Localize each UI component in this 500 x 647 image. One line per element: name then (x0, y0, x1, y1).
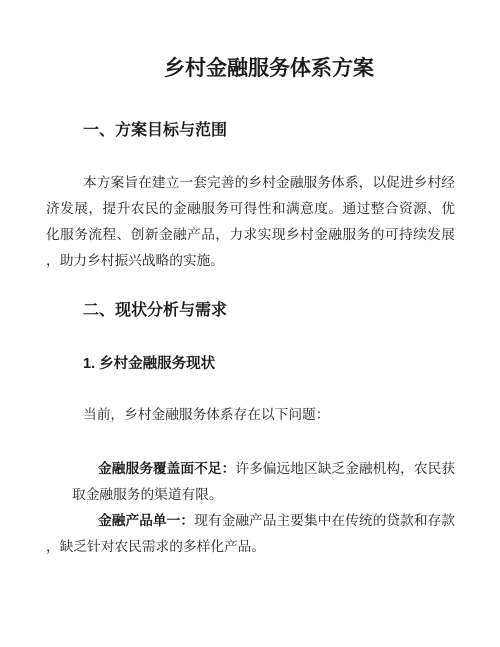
issue-label-product-variety: 金融产品单一： (98, 513, 194, 528)
section-heading-analysis: 二、现状分析与需求 (83, 302, 455, 320)
issues-intro-paragraph: 当前，乡村金融服务体系存在以下问题： (46, 402, 455, 428)
document-page: 乡村金融服务体系方案 一、方案目标与范围 本方案旨在建立一套完善的乡村金融服务体… (0, 0, 500, 647)
document-title: 乡村金融服务体系方案 (46, 57, 455, 81)
issue-item-coverage: 金融服务覆盖面不足：许多偏远地区缺乏金融机构，农民获取金融服务的渠道有限。 (72, 456, 455, 508)
issue-label-coverage: 金融服务覆盖面不足： (98, 461, 235, 476)
objectives-paragraph: 本方案旨在建立一套完善的乡村金融服务体系，以促进乡村经济发展，提升农民的金融服务… (46, 170, 455, 274)
section-heading-objectives: 一、方案目标与范围 (83, 122, 455, 140)
issue-item-product-variety: 金融产品单一：现有金融产品主要集中在传统的贷款和存款，缺乏针对农民需求的多样化产… (46, 508, 455, 560)
subsection-heading-current-status: 1. 乡村金融服务现状 (83, 356, 455, 372)
